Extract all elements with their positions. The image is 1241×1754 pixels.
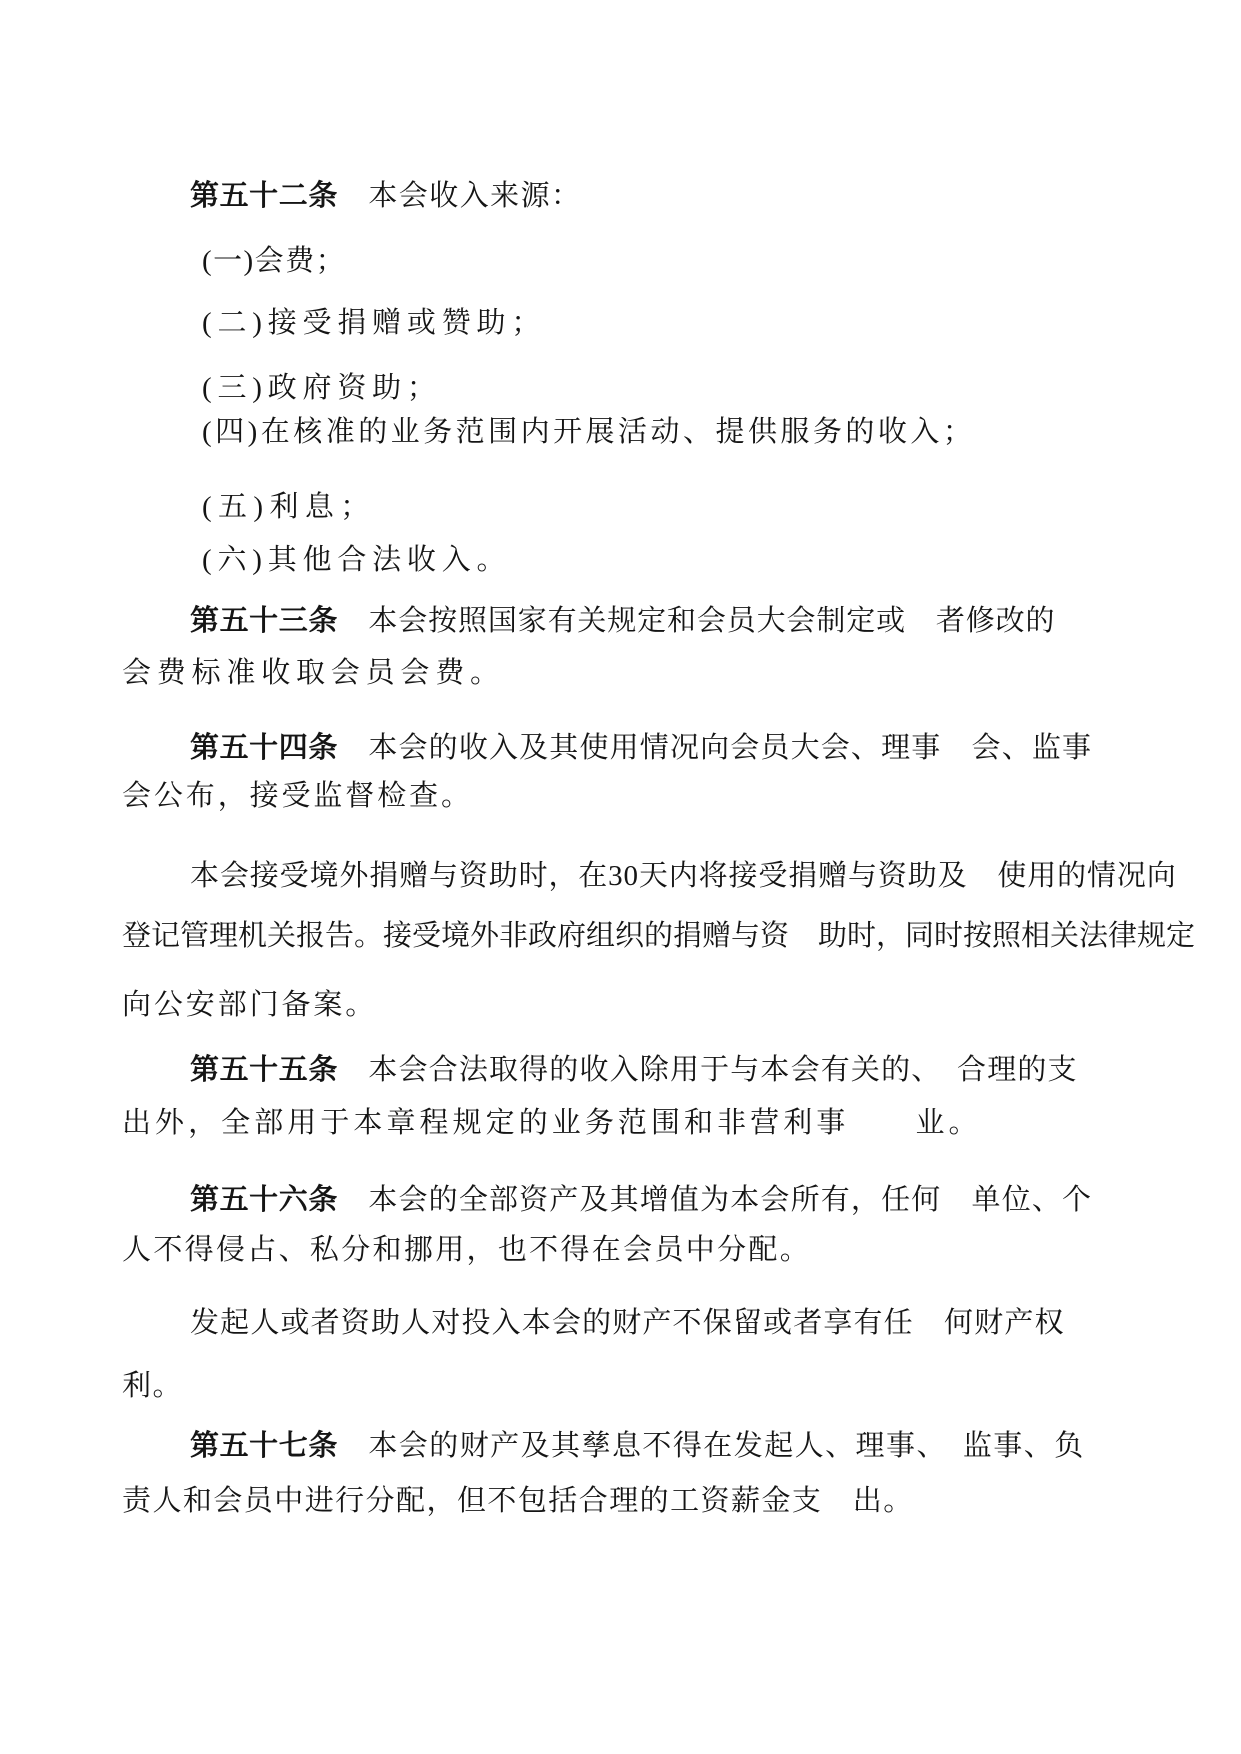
article-55-number: 第五十五条 xyxy=(190,1054,338,1086)
article-52-item-5: (五)利息； xyxy=(202,489,376,525)
article-57-heading-line: 第五十七条本会的财产及其孳息不得在发起人、理事、 监事、负 xyxy=(190,1428,1085,1464)
article-56-heading-line: 第五十六条本会的全部资产及其增值为本会所有，任何 单位、个 xyxy=(190,1182,1092,1218)
article-52-item-1: (一)会费； xyxy=(202,243,346,279)
article-55-continuation: 出外，全部用于本章程规定的业务范围和非营利事 业。 xyxy=(122,1105,982,1141)
article-55-heading-line: 第五十五条本会合法取得的收入除用于与本会有关的、 合理的支 xyxy=(190,1052,1078,1088)
article-57-number: 第五十七条 xyxy=(190,1430,338,1462)
article-53-number: 第五十三条 xyxy=(190,605,338,637)
article-57-continuation: 责人和会员中进行分配，但不包括合理的工资薪金支 出。 xyxy=(122,1483,914,1519)
article-54-text: 本会的收入及其使用情况向会员大会、理事 会、监事 xyxy=(368,732,1092,764)
article-56-number: 第五十六条 xyxy=(190,1184,338,1216)
article-56-continuation: 人不得侵占、私分和挪用，也不得在会员中分配。 xyxy=(122,1232,811,1268)
article-54-paragraph-2-line-1: 本会接受境外捐赠与资助时，在30天内将接受捐赠与资助及 使用的情况向 xyxy=(190,858,1177,894)
article-53-heading-line: 第五十三条本会按照国家有关规定和会员大会制定或 者修改的 xyxy=(190,603,1055,639)
article-54-heading-line: 第五十四条本会的收入及其使用情况向会员大会、理事 会、监事 xyxy=(190,730,1092,766)
article-52-heading-line: 第五十二条本会收入来源： xyxy=(190,178,582,214)
article-54-paragraph-2-line-2: 登记管理机关报告。接受境外非政府组织的捐赠与资 助时，同时按照相关法律规定 xyxy=(122,918,1195,954)
article-52-item-2: (二)接受捐赠或赞助； xyxy=(202,305,546,341)
article-52-item-3: (三)政府资助； xyxy=(202,370,442,406)
article-54-paragraph-2-line-3: 向公安部门备案。 xyxy=(122,987,377,1023)
article-54-number: 第五十四条 xyxy=(190,732,338,764)
article-52-item-6: (六)其他合法收入。 xyxy=(202,542,511,578)
article-55-text: 本会合法取得的收入除用于与本会有关的、 合理的支 xyxy=(368,1054,1077,1086)
article-54-continuation: 会公布，接受监督检查。 xyxy=(122,778,473,814)
article-56-text: 本会的全部资产及其增值为本会所有，任何 单位、个 xyxy=(368,1184,1092,1216)
article-52-item-4: (四)在核准的业务范围内开展活动、提供服务的收入； xyxy=(202,414,975,450)
article-52-number: 第五十二条 xyxy=(190,180,338,212)
article-56-paragraph-2-line-1: 发起人或者资助人对投入本会的财产不保留或者享有任 何财产权 xyxy=(190,1305,1065,1341)
article-57-text: 本会的财产及其孳息不得在发起人、理事、 监事、负 xyxy=(368,1430,1084,1462)
article-52-intro: 本会收入来源： xyxy=(368,180,581,212)
article-56-paragraph-2-line-2: 利。 xyxy=(122,1368,183,1404)
article-53-continuation: 会费标准收取会员会费。 xyxy=(122,655,505,691)
document-page: 第五十二条本会收入来源： (一)会费； (二)接受捐赠或赞助； (三)政府资助；… xyxy=(0,0,1241,1754)
article-53-text: 本会按照国家有关规定和会员大会制定或 者修改的 xyxy=(368,605,1055,637)
